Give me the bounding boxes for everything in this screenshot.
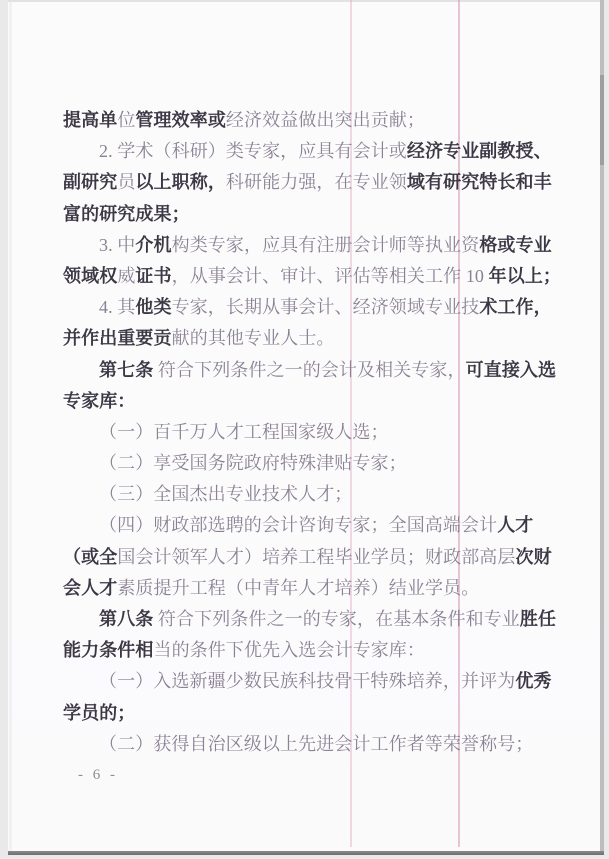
text-line: 第七条 符合下列条件之一的会计及相关专家，可直接入选 [63,355,563,386]
text-segment: 胜任 [520,609,556,629]
text-segment: 4. 其 [99,297,135,317]
text-line: 并作出重要贡献的其他专业人士。 [63,323,563,354]
text-line: （或全国会计领军人才）培养工程毕业学员；财政部高层次财 [63,542,563,573]
text-segment: 3. 中 [99,235,135,255]
text-segment: 当的条件下优先入选会计专家库： [154,640,426,660]
text-line: 2. 学术（科研）类专家，应具有会计或经济专业副教授、 [63,136,563,167]
text-line: （二）享受国务院政府特殊津贴专家； [63,448,563,479]
text-segment: （一）百千万人才工程国家级人选； [99,422,389,442]
text-segment: 经济专业副教授、 [407,141,552,161]
text-segment: 科研能力强，在专业领 [226,172,407,192]
text-segment: 副研究 [63,172,117,192]
paper-left-edge [9,0,12,852]
text-line: 4. 其他类专家，长期从事会计、经济领域专业技术工作， [63,292,563,323]
text-segment: 经济效益做出突出贡献； [226,110,425,130]
text-segment: 第七条 [99,360,153,380]
text-segment: 第八条 [99,609,153,629]
text-segment: 域有研究特长和丰 [407,172,552,192]
text-segment: 领域权 [63,266,117,286]
text-line: （四）财政部选聘的会计咨询专家；全国高端会计人才 [63,510,563,541]
text-segment: 专家，长期从事会计、经济领域专业技 [172,297,480,317]
text-segment: 位 [117,110,135,130]
text-segment: 介机 [135,235,171,255]
text-segment: 术工作， [479,297,551,317]
text-segment: 次财 [516,547,552,567]
text-segment: 管理效率或 [135,110,226,130]
text-segment: 符合下列条件之一的会计及相关专家， [153,360,465,380]
text-segment: 并作出 [63,328,117,348]
text-line: 3. 中介机构类专家，应具有注册会计师等执业资格或专业 [63,230,563,261]
text-segment: 2. 学术（科研）类专家，应具有会计或 [99,141,407,161]
text-line: 副研究员以上职称，科研能力强，在专业领域有研究特长和丰 [63,167,563,198]
text-line: 提高单位管理效率或经济效益做出突出贡献； [63,105,563,136]
text-line: 富的研究成果； [63,199,563,230]
text-segment: 专家库： [63,391,135,411]
text-line: 专家库： [63,386,563,417]
text-segment: 威 [117,266,135,286]
text-segment: 献的其他专业人士。 [172,328,335,348]
text-segment: （四）财政部选聘的会计咨询专家；全国高端会计 [99,515,497,535]
text-segment: 他类 [135,297,171,317]
text-line: （二）获得自治区级以上先进会计工作者等荣誉称号； [63,729,563,760]
scanned-document-page: 提高单位管理效率或经济效益做出突出贡献；2. 学术（科研）类专家，应具有会计或经… [0,0,609,859]
text-line: （一）入选新疆少数民族科技骨干特殊培养，并评为优秀 [63,666,563,697]
text-segment: （三）全国杰出专业技术人才； [99,484,352,504]
text-segment: 以上职称， [135,172,226,192]
text-segment: 员 [117,172,135,192]
text-line: 第八条 符合下列条件之一的专家，在基本条件和专业胜任 [63,604,563,635]
text-line: 学员的； [63,698,563,729]
text-segment: （或全 [63,547,117,567]
paper-top-edge [8,0,601,2]
text-segment: 优秀 [515,671,551,691]
text-segment: （二）享受国务院政府特殊津贴专家； [99,453,407,473]
text-line: （一）百千万人才工程国家级人选； [63,417,563,448]
text-line: （三）全国杰出专业技术人才； [63,479,563,510]
text-segment: 提高单 [63,110,117,130]
text-line: 能力条件相当的条件下优先入选会计专家库： [63,635,563,666]
text-segment: 素质提升工程（中青年人才培养）结业学员。 [117,578,479,598]
page-number: - 6 - [78,767,118,784]
text-segment: ，从事会计、审计、评估等相关工作 10 [172,266,489,286]
text-segment: 人才 [497,515,533,535]
text-segment: 年以上； [489,266,561,286]
text-line: 会人才素质提升工程（中青年人才培养）结业学员。 [63,573,563,604]
text-segment: 可直接入选 [466,360,557,380]
text-segment: 符合下列条件之一的专家，在基本条件和专业 [153,609,520,629]
text-line: 领域权威证书，从事会计、审计、评估等相关工作 10 年以上； [63,261,563,292]
text-segment: 国会计领军人才）培养工程毕业学员；财政部高层 [117,547,515,567]
text-segment: 重要贡 [117,328,171,348]
text-segment: 会人才 [63,578,117,598]
document-text-block: 提高单位管理效率或经济效益做出突出贡献；2. 学术（科研）类专家，应具有会计或经… [63,105,563,760]
text-segment: 格或专业 [479,235,551,255]
text-segment: （二）获得自治区级以上先进会计工作者等荣誉称号； [99,734,533,754]
text-segment: 证书 [135,266,171,286]
text-segment: 学员的； [63,703,135,723]
text-segment: 构类专家，应具有注册会计师等执业资 [172,235,480,255]
text-segment: 富的研究成果； [63,204,190,224]
text-segment: （一）入选新疆少数民族科技骨干特殊培养，并评为 [99,671,515,691]
paper-bottom-shadow [8,851,604,855]
text-segment: 能力条件相 [63,640,154,660]
paper-right-edge-shadow [600,75,604,165]
